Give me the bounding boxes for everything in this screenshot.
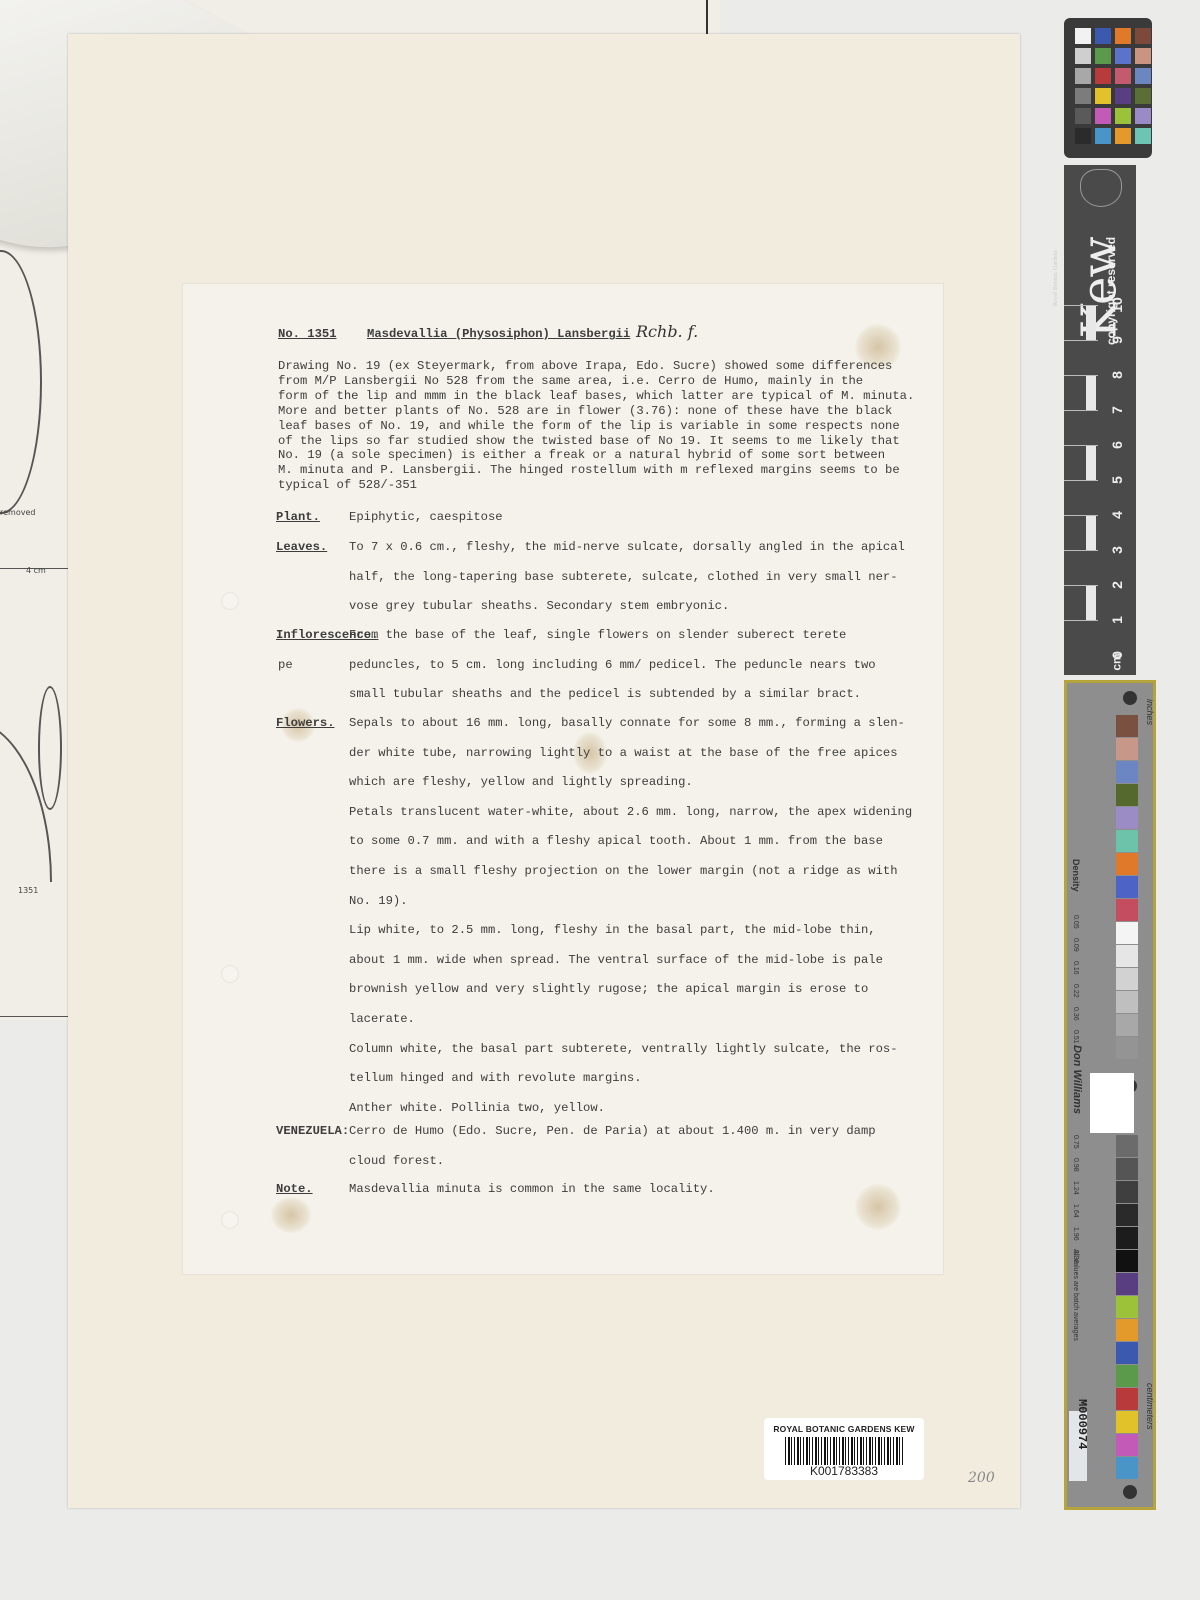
section-line: Anther white. Pollinia two, yellow. xyxy=(349,1101,605,1115)
section-heading: VENEZUELA: xyxy=(276,1124,349,1138)
color-patch xyxy=(1116,715,1138,737)
drawing-label-scale: 4 cm xyxy=(26,566,46,575)
ruler-segment xyxy=(1064,375,1098,411)
section-line: Petals translucent water-white, about 2.… xyxy=(349,805,912,819)
target-dot-icon xyxy=(1123,691,1137,705)
section-heading: Flowers. xyxy=(276,716,335,730)
barcode-label: ROYAL BOTANIC GARDENS KEW K001783383 xyxy=(764,1418,924,1480)
kew-scale-bar: Kew Royal Botanic Gardens copyright rese… xyxy=(1064,165,1136,675)
color-swatch xyxy=(1095,128,1111,144)
section-line: vose grey tubular sheaths. Secondary ste… xyxy=(349,599,729,613)
section-line: No. 19). xyxy=(349,894,408,908)
ruler-tick-label: 3 xyxy=(1109,535,1125,565)
intro-line: of the lips so far studied show the twis… xyxy=(278,434,900,448)
section-line: peduncles, to 5 cm. long including 6 mm/… xyxy=(349,658,876,672)
color-swatch xyxy=(1115,48,1131,64)
ruler-segment xyxy=(1064,340,1098,376)
cm-ruler: 012345678910 xyxy=(1064,305,1100,675)
section-line: From the base of the leaf, single flower… xyxy=(349,628,846,642)
color-swatch xyxy=(1095,108,1111,124)
color-swatch xyxy=(1095,68,1111,84)
drawing-label-number: 1351 xyxy=(18,886,38,895)
intro-line: More and better plants of No. 528 are in… xyxy=(278,404,892,418)
color-patch xyxy=(1116,1365,1138,1387)
color-patch xyxy=(1116,945,1138,967)
ruler-tick-label: 5 xyxy=(1109,465,1125,495)
section-line: to some 0.7 mm. and with a fleshy apical… xyxy=(349,834,883,848)
intro-line: typical of 528/-351 xyxy=(278,478,417,492)
color-patch xyxy=(1116,1319,1138,1341)
density-value: 1.96 xyxy=(1072,1227,1079,1241)
density-value: 0.51 xyxy=(1072,1030,1079,1044)
color-patch xyxy=(1116,761,1138,783)
centimeters-label: centimeters xyxy=(1145,1383,1155,1430)
color-swatch xyxy=(1135,48,1151,64)
color-swatch xyxy=(1095,88,1111,104)
color-patch xyxy=(1116,991,1138,1013)
density-value: 0.16 xyxy=(1072,961,1079,975)
color-checker-chart xyxy=(1064,18,1152,158)
section-line: there is a small fleshy projection on th… xyxy=(349,864,898,878)
section-line: lacerate. xyxy=(349,1012,415,1026)
color-patch xyxy=(1116,1411,1138,1433)
drawing-label-removed: removed xyxy=(0,508,35,517)
color-patch xyxy=(1116,1342,1138,1364)
color-patch xyxy=(1116,1273,1138,1295)
pencil-annotation: 200 xyxy=(968,1470,995,1486)
color-patch xyxy=(1116,876,1138,898)
color-swatch xyxy=(1135,108,1151,124)
institution-name: ROYAL BOTANIC GARDENS KEW xyxy=(764,1424,924,1434)
color-patch xyxy=(1116,830,1138,852)
ruler-segment xyxy=(1064,585,1098,621)
color-patch xyxy=(1116,899,1138,921)
color-patch xyxy=(1116,1434,1138,1456)
ruler-tick-label: 9 xyxy=(1109,325,1125,355)
color-swatch xyxy=(1075,128,1091,144)
intro-line: No. 19 (a sole specimen) is either a fre… xyxy=(278,448,885,462)
color-patch xyxy=(1116,1181,1138,1203)
intro-line: form of the lip and mmm in the black lea… xyxy=(278,389,914,403)
margin-note: pe xyxy=(278,658,293,672)
unit-label: cm xyxy=(1110,653,1124,670)
patch-strip-bottom xyxy=(1116,1135,1138,1480)
color-swatch xyxy=(1075,108,1091,124)
kew-crest-icon xyxy=(1080,169,1122,207)
stain xyxy=(271,1197,311,1233)
color-patch xyxy=(1116,853,1138,875)
color-patch xyxy=(1116,968,1138,990)
barcode-number: K001783383 xyxy=(764,1465,924,1478)
ruler-segment xyxy=(1064,515,1098,551)
color-swatch xyxy=(1115,108,1131,124)
density-value: 1.24 xyxy=(1072,1181,1079,1195)
section-heading: Note. xyxy=(276,1182,313,1196)
brand-label: Don Williams xyxy=(1071,1045,1083,1114)
kew-subtitle: Royal Botanic Gardens xyxy=(1053,250,1059,306)
color-swatch xyxy=(1115,68,1131,84)
specimen-number: No. 1351 xyxy=(278,327,337,341)
color-patch xyxy=(1116,1227,1138,1249)
intro-line: M. minuta and P. Lansbergii. The hinged … xyxy=(278,463,900,477)
section-line: Lip white, to 2.5 mm. long, fleshy in th… xyxy=(349,923,876,937)
ruler-segment xyxy=(1064,550,1098,586)
ruler-segment xyxy=(1064,620,1098,656)
color-swatch xyxy=(1095,48,1111,64)
resolution-inset xyxy=(1090,1073,1134,1133)
color-swatch xyxy=(1135,128,1151,144)
section-line: cloud forest. xyxy=(349,1154,444,1168)
section-line: small tubular sheaths and the pedicel is… xyxy=(349,687,861,701)
handwritten-authority: Rchb. f. xyxy=(636,322,698,341)
ruler-tick-label: 7 xyxy=(1109,395,1125,425)
color-patch xyxy=(1116,1135,1138,1157)
ruler-segment xyxy=(1064,305,1098,341)
ruler-tick-label: 10 xyxy=(1109,290,1125,320)
orchid-sketch-leaf xyxy=(38,686,62,810)
color-patch xyxy=(1116,1296,1138,1318)
intro-line: from M/P Lansbergii No 528 from the same… xyxy=(278,374,863,388)
density-value: 0.98 xyxy=(1072,1158,1079,1172)
section-heading: Plant. xyxy=(276,510,320,524)
density-value: 0.36 xyxy=(1072,1007,1079,1021)
ruler-tick-label: 4 xyxy=(1109,500,1125,530)
color-patch xyxy=(1116,1250,1138,1272)
color-swatch xyxy=(1075,68,1091,84)
ruler-segment xyxy=(1064,480,1098,516)
patch-strip-top xyxy=(1116,715,1138,1060)
section-line: Masdevallia minuta is common in the same… xyxy=(349,1182,715,1196)
punch-hole xyxy=(221,592,239,610)
color-patch xyxy=(1116,1158,1138,1180)
color-patch xyxy=(1116,1457,1138,1479)
section-line: der white tube, narrowing lightly to a w… xyxy=(349,746,898,760)
section-line: tellum hinged and with revolute margins. xyxy=(349,1071,642,1085)
section-heading: Leaves. xyxy=(276,540,327,554)
color-swatch xyxy=(1135,88,1151,104)
color-swatch xyxy=(1115,88,1131,104)
intro-line: Drawing No. 19 (ex Steyermark, from abov… xyxy=(278,359,892,373)
color-swatch xyxy=(1135,68,1151,84)
taxon-name: Masdevallia (Physosiphon) Lansbergii xyxy=(367,327,630,341)
color-patch xyxy=(1116,807,1138,829)
color-patch xyxy=(1116,922,1138,944)
color-patch xyxy=(1116,784,1138,806)
density-value: 0.05 xyxy=(1072,915,1079,929)
density-value: 0.75 xyxy=(1072,1135,1079,1149)
section-line: Cerro de Humo (Edo. Sucre, Pen. de Paria… xyxy=(349,1124,876,1138)
ruler-tick-label: 2 xyxy=(1109,570,1125,600)
section-line: which are fleshy, yellow and lightly spr… xyxy=(349,775,693,789)
section-line: Sepals to about 16 mm. long, basally con… xyxy=(349,716,905,730)
stain xyxy=(855,1184,901,1230)
section-line: about 1 mm. wide when spread. The ventra… xyxy=(349,953,883,967)
color-swatch xyxy=(1115,128,1131,144)
color-target-strip: inches Density Don Williams All values a… xyxy=(1064,680,1156,1510)
density-value: 0.22 xyxy=(1072,984,1079,998)
density-value: 1.64 xyxy=(1072,1204,1079,1218)
drawing-rule xyxy=(0,1016,68,1017)
barcode-icon xyxy=(785,1437,903,1465)
section-line: Column white, the basal part subterete, … xyxy=(349,1042,898,1056)
ruler-tick-label: 1 xyxy=(1109,605,1125,635)
color-patch xyxy=(1116,1037,1138,1059)
inches-label: inches xyxy=(1145,699,1155,725)
ruler-tick-label: 8 xyxy=(1109,360,1125,390)
color-patch xyxy=(1116,1204,1138,1226)
density-value: 0.09 xyxy=(1072,938,1079,952)
color-swatch xyxy=(1135,28,1151,44)
section-line: Epiphytic, caespitose xyxy=(349,510,503,524)
color-patch xyxy=(1116,1388,1138,1410)
color-swatch xyxy=(1095,28,1111,44)
punch-hole xyxy=(221,1211,239,1229)
density-label: Density xyxy=(1071,859,1081,892)
intro-line: leaf bases of No. 19, and while the form… xyxy=(278,419,900,433)
density-value: 3.38 xyxy=(1072,1250,1079,1264)
section-line: half, the long-tapering base subterete, … xyxy=(349,570,898,584)
ruler-segment xyxy=(1064,445,1098,481)
section-line: To 7 x 0.6 cm., fleshy, the mid-nerve su… xyxy=(349,540,905,554)
target-dot-icon xyxy=(1123,1485,1137,1499)
color-swatch xyxy=(1075,48,1091,64)
color-swatch xyxy=(1075,88,1091,104)
color-swatch xyxy=(1075,28,1091,44)
color-swatch xyxy=(1115,28,1131,44)
target-id: M000974 xyxy=(1077,1399,1089,1449)
color-patch xyxy=(1116,1014,1138,1036)
punch-hole xyxy=(221,965,239,983)
ruler-segment xyxy=(1064,410,1098,446)
section-line: brownish yellow and very slightly rugose… xyxy=(349,982,868,996)
drawing-border-vertical xyxy=(706,0,708,38)
ruler-tick-label: 6 xyxy=(1109,430,1125,460)
color-patch xyxy=(1116,738,1138,760)
